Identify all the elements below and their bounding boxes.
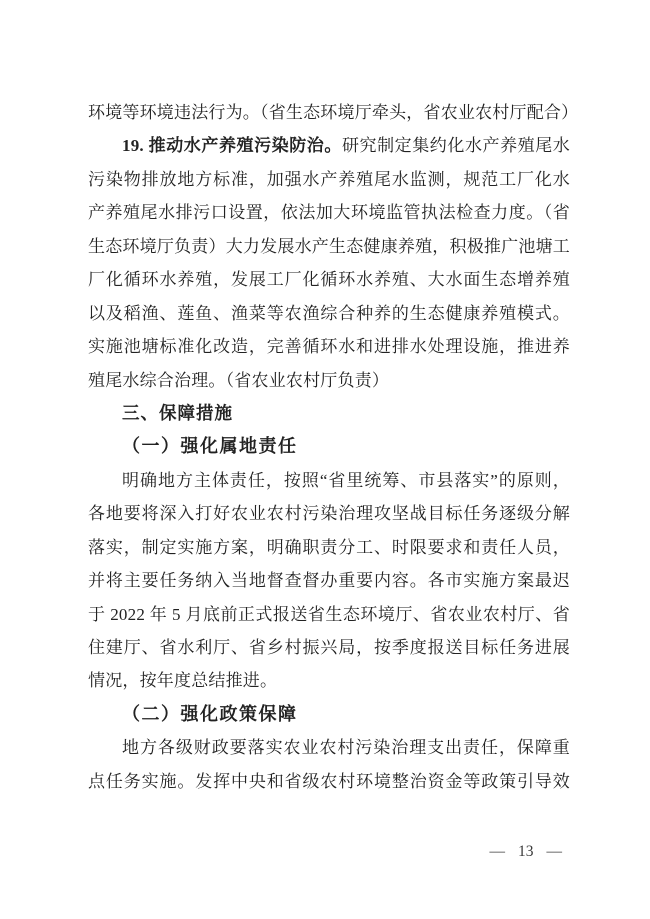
subsection-heading-1: （一）强化属地责任 [88, 430, 570, 463]
subsection-heading-2: （二）强化政策保障 [88, 698, 570, 731]
body-line: 明确地方主体责任，按照“省里统筹、市县落实”的原则， [88, 464, 570, 497]
body-line: 殖尾水综合治理。（省农业农村厅负责） [88, 364, 570, 397]
body-line: 实施池塘标准化改造，完善循环水和进排水处理设施，推进养 [88, 330, 570, 363]
body-line: 产养殖尾水排污口设置，依法加大环境监管执法检查力度。（省 [88, 196, 570, 229]
numbered-item-line: 19. 推动水产养殖污染防治。研究制定集约化水产养殖尾水 [88, 129, 570, 162]
body-line: 污染物排放地方标准，加强水产养殖尾水监测，规范工厂化水 [88, 163, 570, 196]
footer-dash-left: — [490, 843, 506, 861]
body-line: 住建厅、省水利厅、省乡村振兴局，按季度报送目标任务进展 [88, 631, 570, 664]
body-line: 各地要将深入打好农业农村污染治理攻坚战目标任务逐级分解 [88, 497, 570, 530]
section-heading: 三、保障措施 [88, 397, 570, 430]
document-body: 环境等环境违法行为。（省生态环境厅牵头，省农业农村厅配合） 19. 推动水产养殖… [88, 96, 570, 798]
body-line: 落实，制定实施方案，明确职责分工、时限要求和责任人员， [88, 531, 570, 564]
body-line: 地方各级财政要落实农业农村污染治理支出责任，保障重 [88, 731, 570, 764]
body-line: 环境等环境违法行为。（省生态环境厅牵头，省农业农村厅配合） [88, 96, 570, 129]
body-line: 以及稻渔、莲鱼、渔菜等农渔综合种养的生态健康养殖模式。 [88, 297, 570, 330]
body-line: 点任务实施。发挥中央和省级农村环境整治资金等政策引导效 [88, 765, 570, 798]
page-number: 13 [518, 843, 534, 861]
document-page: 环境等环境违法行为。（省生态环境厅牵头，省农业农村厅配合） 19. 推动水产养殖… [0, 0, 650, 919]
body-line: 于 2022 年 5 月底前正式报送省生态环境厅、省农业农村厅、省 [88, 598, 570, 631]
item-19-bold-heading: 19. 推动水产养殖污染防治。 [122, 136, 342, 155]
body-text: 研究制定集约化水产养殖尾水 [342, 136, 570, 155]
body-line: 厂化循环水养殖，发展工厂化循环水养殖、大水面生态增养殖 [88, 263, 570, 296]
footer-dash-right: — [547, 843, 563, 861]
page-footer: — 13 — [490, 843, 563, 861]
body-line: 情况，按年度总结推进。 [88, 664, 570, 697]
body-line: 并将主要任务纳入当地督查督办重要内容。各市实施方案最迟 [88, 564, 570, 597]
body-line: 生态环境厅负责）大力发展水产生态健康养殖，积极推广池塘工 [88, 230, 570, 263]
